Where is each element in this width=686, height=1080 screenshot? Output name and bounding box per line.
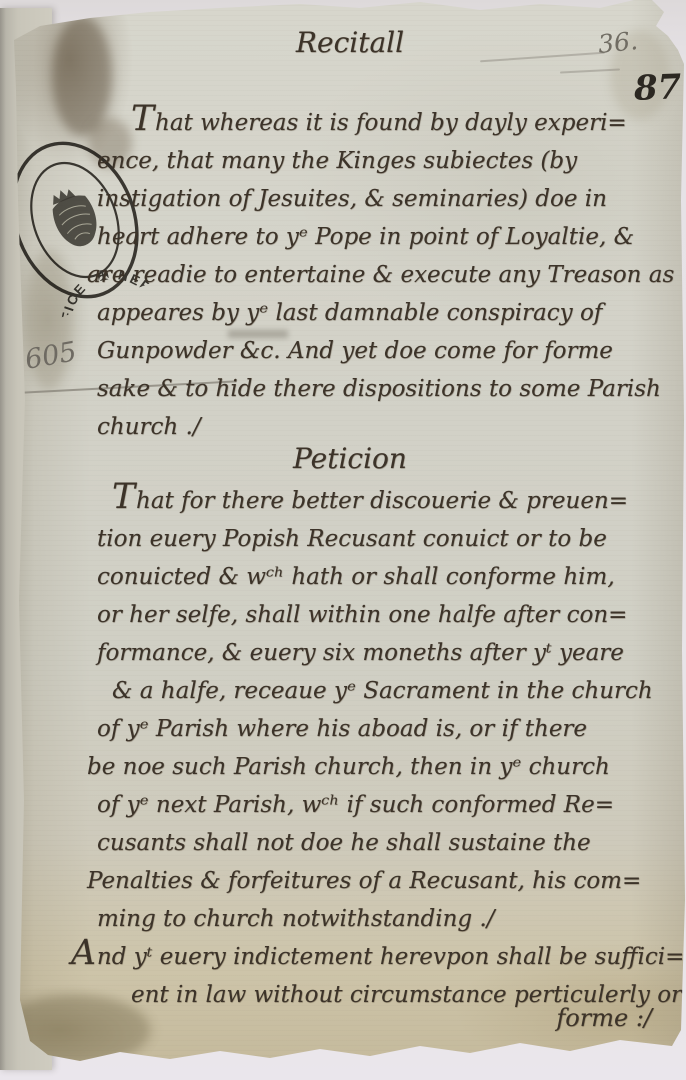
recital-paragraph: That whereas it is found by dayly experi… xyxy=(97,100,676,446)
closing-word: forme :/ xyxy=(97,1004,652,1032)
manuscript-line: Gunpowder &c. And yet doe come for forme xyxy=(97,332,676,370)
manuscript-line: be noe such Parish church, then in yᵉ ch… xyxy=(87,748,676,786)
photo-backdrop: 36. 87 ✠ HER MAJESTYS ✠ STATE PAPER OFFI… xyxy=(0,0,686,1080)
manuscript-line: And yᵗ euery indictement herevpon shall … xyxy=(71,934,676,976)
recital-heading: Recitall xyxy=(120,26,580,59)
manuscript-line: cusants shall not doe he shall sustaine … xyxy=(97,824,676,862)
manuscript-page: 36. 87 ✠ HER MAJESTYS ✠ STATE PAPER OFFI… xyxy=(0,0,686,1080)
addendum-paragraph: And yᵗ euery indictement herevpon shall … xyxy=(97,934,676,1014)
manuscript-line: tion euery Popish Recusant conuict or to… xyxy=(97,520,676,558)
petition-heading: Peticion xyxy=(120,442,580,475)
petition-paragraph: That for there better discouerie & preue… xyxy=(97,478,676,938)
manuscript-line: of yᵉ Parish where his aboad is, or if t… xyxy=(97,710,676,748)
manuscript-line: appeares by yᵉ last damnable conspiracy … xyxy=(97,294,676,332)
manuscript-line: ming to church notwithstanding ./ xyxy=(97,900,676,938)
manuscript-line: formance, & euery six moneths after yᵗ y… xyxy=(97,634,676,672)
manuscript-line: That whereas it is found by dayly experi… xyxy=(131,100,676,142)
manuscript-line: are readie to entertaine & execute any T… xyxy=(87,256,676,294)
folio-number-pencil: 36. xyxy=(597,26,640,59)
manuscript-line: or her selfe, shall within one halfe aft… xyxy=(97,596,676,634)
manuscript-line: ence, that many the Kinges subiectes (by xyxy=(97,142,676,180)
manuscript-line: of yᵉ next Parish, wᶜʰ if such conformed… xyxy=(97,786,676,824)
manuscript-line: sake & to hide there dispositions to som… xyxy=(97,370,676,408)
manuscript-line: & a halfe, receaue yᵉ Sacrament in the c… xyxy=(112,672,676,710)
manuscript-line: Penalties & forfeitures of a Recusant, h… xyxy=(87,862,676,900)
manuscript-line: heart adhere to yᵉ Pope in point of Loya… xyxy=(97,218,676,256)
manuscript-line: conuicted & wᶜʰ hath or shall conforme h… xyxy=(97,558,676,596)
royal-crest-icon xyxy=(45,182,105,253)
manuscript-line: church ./ xyxy=(97,408,676,446)
manuscript-line: instigation of Jesuites, & seminaries) d… xyxy=(97,180,676,218)
manuscript-line: That for there better discouerie & preue… xyxy=(112,478,676,520)
